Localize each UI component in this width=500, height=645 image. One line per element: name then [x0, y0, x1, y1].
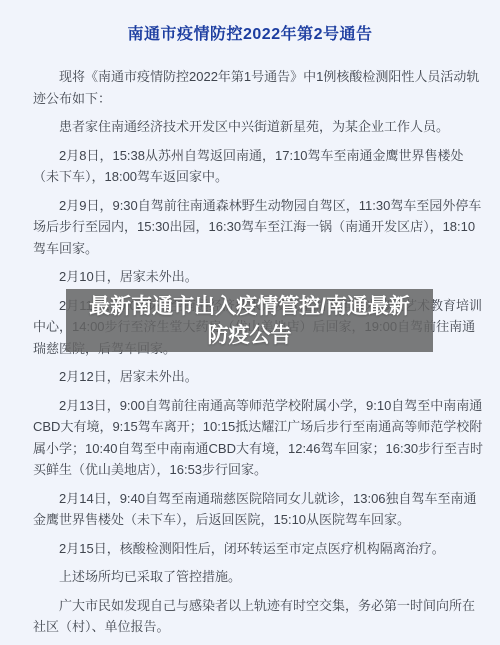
watermark-line-2: 防疫公告	[66, 321, 433, 350]
notice-title: 南通市疫情防控2022年第2号通告	[0, 0, 500, 44]
notice-paragraph-feb8: 2月8日，15:38从苏州自驾返回南通，17:10驾车至南通金鹰世界售楼处（未下…	[33, 145, 487, 188]
notice-paragraph-public-advice: 广大市民如发现自己与感染者以上轨迹有时空交集，务必第一时间向所在社区（村）、单位…	[33, 595, 487, 638]
notice-paragraph-feb15: 2月15日，核酸检测阳性后，闭环转运至市定点医疗机构隔离治疗。	[33, 538, 487, 560]
notice-paragraph-control-measures: 上述场所均已采取了管控措施。	[33, 566, 487, 588]
notice-paragraph-patient-info: 患者家住南通经济技术开发区中兴街道新星苑，为某企业工作人员。	[33, 116, 487, 138]
watermark-overlay: 最新南通市出入疫情管控/南通最新 防疫公告	[66, 289, 433, 352]
notice-paragraph-feb14: 2月14日，9:40自驾至南通瑞慈医院陪同女儿就诊，13:06独自驾车至南通金鹰…	[33, 488, 487, 531]
notice-paragraph-feb10: 2月10日，居家未外出。	[33, 266, 487, 288]
notice-paragraph-intro: 现将《南通市疫情防控2022年第1号通告》中1例核酸检测阳性人员活动轨迹公布如下…	[33, 66, 487, 109]
watermark-line-1: 最新南通市出入疫情管控/南通最新	[66, 292, 433, 321]
notice-page: { "notice": { "title": "南通市疫情防控2022年第2号通…	[0, 0, 500, 645]
notice-paragraph-feb12: 2月12日，居家未外出。	[33, 366, 487, 388]
notice-paragraph-feb13: 2月13日，9:00自驾前往南通高等师范学校附属小学，9:10自驾至中南南通CB…	[33, 395, 487, 481]
notice-paragraph-feb9: 2月9日，9:30自驾前往南通森林野生动物园自驾区，11:30驾车至园外停车场后…	[33, 195, 487, 260]
